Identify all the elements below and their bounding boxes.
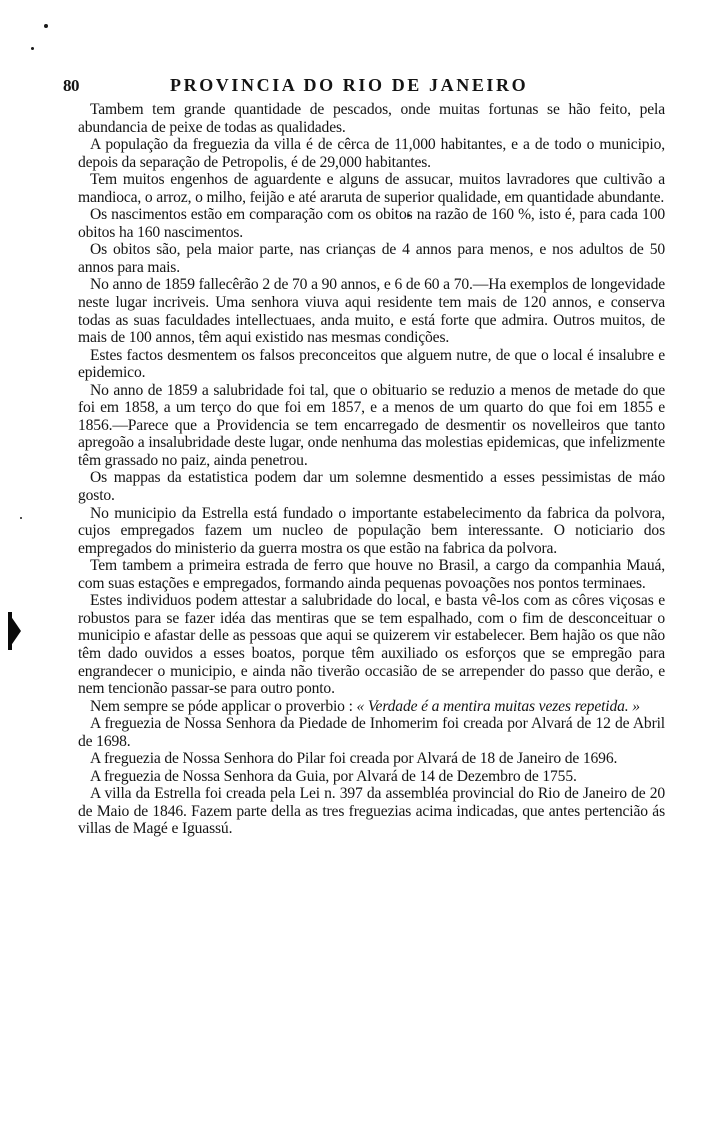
- paragraph: A freguezia de Nossa Senhora da Piedade …: [78, 715, 665, 750]
- paragraph: No municipio da Estrella está fundado o …: [78, 505, 665, 558]
- proverb-intro: Nem sempre se póde applicar o proverbio …: [90, 698, 357, 715]
- paragraph: Tem muitos engenhos de aguardente e algu…: [78, 171, 665, 206]
- scan-speck: [20, 517, 22, 519]
- paragraph: Tem tambem a primeira estrada de ferro q…: [78, 557, 665, 592]
- scanned-book-page: 80 PROVINCIA DO RIO DE JANEIRO Tambem te…: [0, 0, 715, 1139]
- paragraph: Os mappas da estatistica podem dar um so…: [78, 469, 665, 504]
- paragraph: A freguezia de Nossa Senhora da Guia, po…: [78, 768, 665, 786]
- page-number: 80: [63, 76, 79, 96]
- paragraph: Os nascimentos estão em comparação com o…: [78, 206, 665, 241]
- paragraph: No anno de 1859 fallecêrão 2 de 70 a 90 …: [78, 276, 665, 346]
- paragraph: Os obitos são, pela maior parte, nas cri…: [78, 241, 665, 276]
- scan-speck: [31, 47, 34, 50]
- paragraph: A villa da Estrella foi creada pela Lei …: [78, 785, 665, 838]
- paragraph: Tambem tem grande quantidade de pescados…: [78, 101, 665, 136]
- paragraph: Estes factos desmentem os falsos preconc…: [78, 347, 665, 382]
- running-title: PROVINCIA DO RIO DE JANEIRO: [170, 75, 528, 96]
- paragraph: No anno de 1859 a salubridade foi tal, q…: [78, 382, 665, 470]
- scan-speck: [44, 24, 48, 28]
- paragraph: A população da freguezia da villa é de c…: [78, 136, 665, 171]
- running-header: 80 PROVINCIA DO RIO DE JANEIRO: [60, 74, 670, 98]
- paragraph: Estes individuos podem attestar a salubr…: [78, 592, 665, 697]
- binding-shadow-mark: [8, 612, 21, 650]
- proverb-paragraph: Nem sempre se póde applicar o proverbio …: [78, 698, 665, 716]
- body-text: Tambem tem grande quantidade de pescados…: [78, 101, 665, 838]
- proverb-quote: « Verdade é a mentira muitas vezes repet…: [357, 698, 640, 715]
- paragraph: A freguezia de Nossa Senhora do Pilar fo…: [78, 750, 665, 768]
